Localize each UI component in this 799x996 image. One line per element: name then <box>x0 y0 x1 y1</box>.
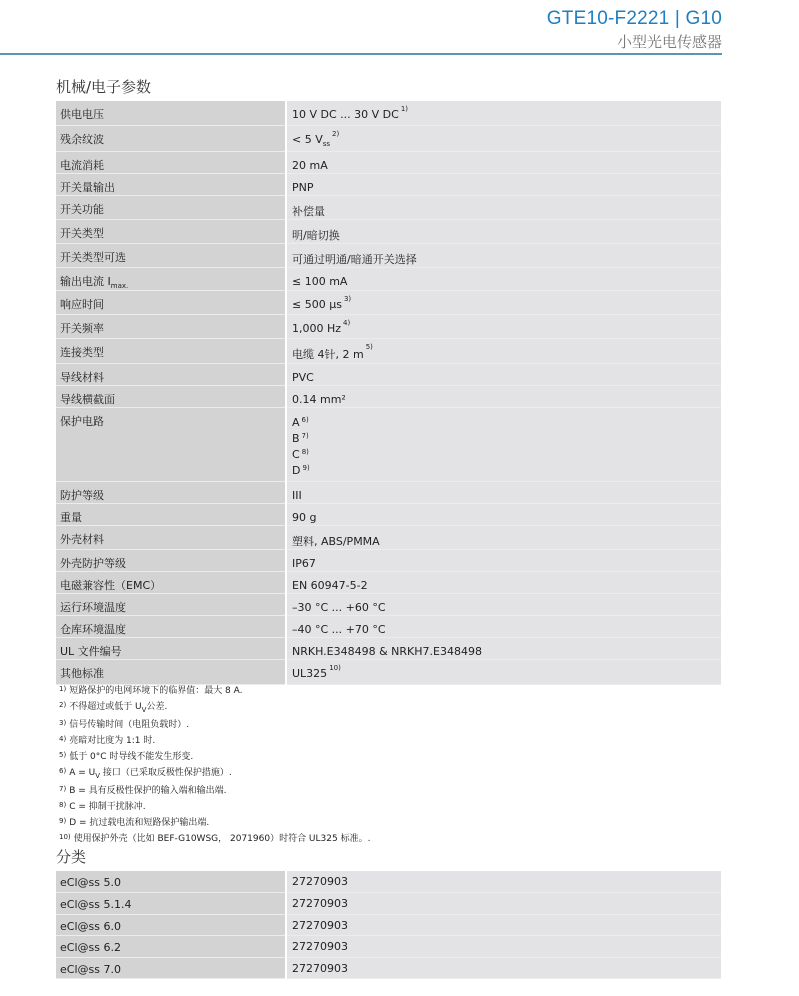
footnote-ref: 2) <box>332 130 339 138</box>
spec-row: 开关量输出PNP <box>56 173 721 195</box>
spec-row: 重量90 g <box>56 503 721 525</box>
spec-label-text: 开关类型可选 <box>60 251 126 264</box>
spec-row: 导线材料PVC <box>56 363 721 385</box>
footnote-text: B = 具有反极性保护的输入端和输出端. <box>69 786 226 796</box>
footnote-number: 10) <box>59 833 71 841</box>
protection-item: C8) <box>292 447 717 463</box>
spec-row: 仓库环境温度–40 °C ... +70 °C <box>56 615 721 637</box>
classification-value-text: 27270903 <box>292 915 717 932</box>
footnote-number: 2) <box>59 701 66 709</box>
spec-label-text: 电磁兼容性（EMC） <box>60 579 161 592</box>
spec-value-text: NRKH.E348498 & NRKH7.E348498 <box>292 645 482 658</box>
spec-label: 开关功能 <box>56 195 286 219</box>
spec-value-text: 塑料, ABS/PMMA <box>292 535 380 548</box>
spec-value-text: UL325 <box>292 667 327 680</box>
spec-value: 电缆 4针, 2 m5) <box>286 338 721 363</box>
footnote: 4)亮暗对比度为 1:1 时. <box>59 734 370 750</box>
spec-label-text: 开关量输出 <box>60 181 115 194</box>
footnote-text: 使用保护外壳（比如 BEF-G10WSG， 2071960）时符合 UL325 … <box>74 834 371 844</box>
product-title: GTE10-F2221 | G10 <box>547 8 722 30</box>
spec-label: 开关频率 <box>56 314 286 338</box>
spec-label-text: UL 文件编号 <box>60 645 122 658</box>
footnote-text: 低于 0°C 时导线不能发生形变. <box>69 752 193 762</box>
spec-value-text: C <box>292 448 300 461</box>
spec-row: 开关频率1,000 Hz4) <box>56 314 721 338</box>
spec-row: 导线横截面0.14 mm² <box>56 385 721 407</box>
classification-label-text: eCl@ss 7.0 <box>60 958 281 976</box>
spec-value: PNP <box>286 173 721 195</box>
spec-row: 电磁兼容性（EMC）EN 60947-5-2 <box>56 571 721 593</box>
spec-row: 输出电流 Imax.≤ 100 mA <box>56 267 721 290</box>
spec-label: 重量 <box>56 503 286 525</box>
mechanical-spec-table: 供电电压10 V DC ... 30 V DC1)残余纹波< 5 Vss2)电流… <box>56 101 721 685</box>
spec-value-text: –30 °C ... +60 °C <box>292 601 386 614</box>
footnote-text: 公差. <box>146 702 167 712</box>
spec-row: 其他标准UL32510) <box>56 659 721 684</box>
spec-value: 0.14 mm² <box>286 385 721 407</box>
spec-value: 10 V DC ... 30 V DC1) <box>286 101 721 125</box>
section-title-classification: 分类 <box>56 846 86 867</box>
spec-row: 保护电路A6)B7)C8)D9) <box>56 407 721 481</box>
spec-value: < 5 Vss2) <box>286 125 721 151</box>
spec-value: 补偿量 <box>286 195 721 219</box>
spec-value: 明/暗切换 <box>286 219 721 243</box>
spec-value-text: D <box>292 464 300 477</box>
classification-label-text: eCl@ss 6.0 <box>60 915 281 933</box>
spec-label-text: 响应时间 <box>60 298 104 311</box>
spec-label-text: 输出电流 I <box>60 275 111 288</box>
footnote-ref: 3) <box>344 295 351 303</box>
footnote-ref: 8) <box>302 448 309 456</box>
classification-label: eCl@ss 6.0 <box>56 914 286 936</box>
classification-value: 27270903 <box>286 893 721 915</box>
spec-value-text: A <box>292 416 300 429</box>
classification-label-text: eCl@ss 6.2 <box>60 936 281 954</box>
spec-value-text: PVC <box>292 371 314 384</box>
spec-label: 连接类型 <box>56 338 286 363</box>
spec-label: 开关类型 <box>56 219 286 243</box>
spec-value: –30 °C ... +60 °C <box>286 593 721 615</box>
footnote: 3)信号传输时间（电阻负载时）. <box>59 718 370 734</box>
spec-value: NRKH.E348498 & NRKH7.E348498 <box>286 637 721 659</box>
footnote-number: 7) <box>59 785 66 793</box>
classification-label: eCl@ss 6.2 <box>56 936 286 958</box>
classification-row: eCl@ss 7.027270903 <box>56 957 721 979</box>
spec-label: 导线材料 <box>56 363 286 385</box>
classification-row: eCl@ss 5.027270903 <box>56 871 721 893</box>
spec-value-text: 0.14 mm² <box>292 393 346 406</box>
spec-value-text: 补偿量 <box>292 205 325 218</box>
spec-row: 残余纹波< 5 Vss2) <box>56 125 721 151</box>
spec-label-text: 电流消耗 <box>60 159 104 172</box>
classification-row: eCl@ss 6.227270903 <box>56 936 721 958</box>
spec-value: UL32510) <box>286 659 721 684</box>
footnote-text: 短路保护的电网环境下的临界值：最大 8 A. <box>69 686 242 696</box>
spec-label: 开关量输出 <box>56 173 286 195</box>
spec-value: A6)B7)C8)D9) <box>286 407 721 481</box>
classification-row: eCl@ss 6.027270903 <box>56 914 721 936</box>
spec-row: UL 文件编号NRKH.E348498 & NRKH7.E348498 <box>56 637 721 659</box>
footnote-number: 9) <box>59 817 66 825</box>
spec-label: 输出电流 Imax. <box>56 267 286 290</box>
spec-label: 响应时间 <box>56 290 286 314</box>
spec-label: 开关类型可选 <box>56 243 286 267</box>
spec-label-subscript: max. <box>111 282 128 290</box>
spec-value-text: ≤ 100 mA <box>292 275 347 288</box>
footnote-text: C = 抑制干扰脉冲. <box>69 802 145 812</box>
classification-value-text: 27270903 <box>292 871 717 888</box>
spec-value-text: 电缆 4针, 2 m <box>292 348 364 361</box>
protection-item: D9) <box>292 463 717 479</box>
spec-label-text: 开关功能 <box>60 203 104 216</box>
spec-value-text: 90 g <box>292 511 316 524</box>
footnote: 10)使用保护外壳（比如 BEF-G10WSG， 2071960）时符合 UL3… <box>59 832 370 848</box>
spec-label-text: 开关类型 <box>60 227 104 240</box>
spec-label: 外壳防护等级 <box>56 549 286 571</box>
spec-value: 可通过明通/暗通开关选择 <box>286 243 721 267</box>
footnote-text: 信号传输时间（电阻负载时）. <box>69 720 189 730</box>
classification-value-text: 27270903 <box>292 958 717 975</box>
spec-row: 开关类型可选可通过明通/暗通开关选择 <box>56 243 721 267</box>
spec-value: EN 60947-5-2 <box>286 571 721 593</box>
footnote-ref: 4) <box>343 319 350 327</box>
spec-value-text: III <box>292 489 302 502</box>
footnote: 9)D = 抗过载电流和短路保护输出端. <box>59 816 370 832</box>
spec-label-text: 运行环境温度 <box>60 601 126 614</box>
spec-label-text: 残余纹波 <box>60 133 104 146</box>
classification-value: 27270903 <box>286 914 721 936</box>
spec-label-text: 防护等级 <box>60 489 104 502</box>
spec-label-text: 外壳防护等级 <box>60 557 126 570</box>
footnote: 7)B = 具有反极性保护的输入端和输出端. <box>59 784 370 800</box>
spec-value: III <box>286 481 721 503</box>
footnote-text: 不得超过或低于 U <box>69 702 141 712</box>
classification-value: 27270903 <box>286 871 721 893</box>
spec-row: 运行环境温度–30 °C ... +60 °C <box>56 593 721 615</box>
spec-label-text: 保护电路 <box>60 415 104 428</box>
classification-label: eCl@ss 5.1.4 <box>56 893 286 915</box>
classification-value: 27270903 <box>286 957 721 979</box>
footnote-number: 1) <box>59 685 66 693</box>
spec-row: 开关功能补偿量 <box>56 195 721 219</box>
classification-value: 27270903 <box>286 936 721 958</box>
spec-label: 电流消耗 <box>56 151 286 173</box>
spec-value-text: 10 V DC ... 30 V DC <box>292 108 399 121</box>
spec-value: –40 °C ... +70 °C <box>286 615 721 637</box>
classification-label: eCl@ss 7.0 <box>56 957 286 979</box>
section-title-mechanical: 机械/电子参数 <box>56 76 151 97</box>
spec-value-text: 1,000 Hz <box>292 322 341 335</box>
footnote-text: 亮暗对比度为 1:1 时. <box>69 736 155 746</box>
classification-value-text: 27270903 <box>292 893 717 910</box>
spec-label-text: 其他标准 <box>60 667 104 680</box>
footnotes: 1)短路保护的电网环境下的临界值：最大 8 A.2)不得超过或低于 UV公差.3… <box>59 684 370 848</box>
footnote-ref: 5) <box>366 343 373 351</box>
footnote-ref: 1) <box>401 105 408 113</box>
footnote-number: 6) <box>59 767 66 775</box>
spec-label-text: 外壳材料 <box>60 533 104 546</box>
spec-row: 外壳材料塑料, ABS/PMMA <box>56 525 721 549</box>
spec-value-text: 明/暗切换 <box>292 229 340 242</box>
footnote: 2)不得超过或低于 UV公差. <box>59 700 370 719</box>
spec-label: 残余纹波 <box>56 125 286 151</box>
footnote: 8)C = 抑制干扰脉冲. <box>59 800 370 816</box>
spec-value-text: 可通过明通/暗通开关选择 <box>292 253 417 266</box>
footnote-ref: 10) <box>329 664 341 672</box>
spec-label-text: 仓库环境温度 <box>60 623 126 636</box>
spec-value-subscript: ss <box>323 140 330 148</box>
spec-value-text: 20 mA <box>292 159 328 172</box>
classification-table: eCl@ss 5.027270903eCl@ss 5.1.427270903eC… <box>56 871 721 979</box>
header-divider <box>0 53 722 55</box>
classification-label-text: eCl@ss 5.0 <box>60 871 281 889</box>
spec-row: 连接类型电缆 4针, 2 m5) <box>56 338 721 363</box>
spec-label-text: 重量 <box>60 511 82 524</box>
spec-value-text: IP67 <box>292 557 316 570</box>
spec-row: 外壳防护等级IP67 <box>56 549 721 571</box>
spec-label-text: 导线横截面 <box>60 393 115 406</box>
footnote: 5)低于 0°C 时导线不能发生形变. <box>59 750 370 766</box>
spec-value: 1,000 Hz4) <box>286 314 721 338</box>
spec-label: 保护电路 <box>56 407 286 481</box>
classification-value-text: 27270903 <box>292 936 717 953</box>
classification-label: eCl@ss 5.0 <box>56 871 286 893</box>
spec-row: 响应时间≤ 500 μs3) <box>56 290 721 314</box>
footnote-text: D = 抗过载电流和短路保护输出端. <box>69 818 209 828</box>
spec-value: PVC <box>286 363 721 385</box>
spec-value: ≤ 500 μs3) <box>286 290 721 314</box>
spec-value-text: ≤ 500 μs <box>292 298 342 311</box>
spec-label: UL 文件编号 <box>56 637 286 659</box>
classification-row: eCl@ss 5.1.427270903 <box>56 893 721 915</box>
footnote: 1)短路保护的电网环境下的临界值：最大 8 A. <box>59 684 370 700</box>
footnote-text: 接口（已采取反极性保护措施）. <box>100 768 232 778</box>
spec-value-text: PNP <box>292 181 314 194</box>
spec-value: ≤ 100 mA <box>286 267 721 290</box>
spec-value: 90 g <box>286 503 721 525</box>
protection-item: A6) <box>292 415 717 431</box>
product-subtitle: 小型光电传感器 <box>617 31 722 52</box>
footnote-ref: 6) <box>302 416 309 424</box>
footnote: 6)A = UV 接口（已采取反极性保护措施）. <box>59 766 370 785</box>
footnote-ref: 7) <box>302 432 309 440</box>
spec-value: 20 mA <box>286 151 721 173</box>
spec-label-text: 连接类型 <box>60 346 104 359</box>
spec-row: 开关类型明/暗切换 <box>56 219 721 243</box>
spec-label: 仓库环境温度 <box>56 615 286 637</box>
spec-label: 电磁兼容性（EMC） <box>56 571 286 593</box>
spec-label: 运行环境温度 <box>56 593 286 615</box>
footnote-text: A = U <box>69 768 95 778</box>
footnote-number: 8) <box>59 801 66 809</box>
protection-item: B7) <box>292 431 717 447</box>
spec-value: IP67 <box>286 549 721 571</box>
spec-value: 塑料, ABS/PMMA <box>286 525 721 549</box>
spec-row: 防护等级III <box>56 481 721 503</box>
spec-value-text: < 5 V <box>292 133 323 146</box>
spec-label-text: 开关频率 <box>60 322 104 335</box>
footnote-number: 3) <box>59 719 66 727</box>
spec-label: 防护等级 <box>56 481 286 503</box>
spec-value-text: EN 60947-5-2 <box>292 579 368 592</box>
footnote-ref: 9) <box>302 464 309 472</box>
spec-label: 其他标准 <box>56 659 286 684</box>
spec-label-text: 导线材料 <box>60 371 104 384</box>
footnote-number: 5) <box>59 751 66 759</box>
spec-label: 外壳材料 <box>56 525 286 549</box>
footnote-number: 4) <box>59 735 66 743</box>
spec-label-text: 供电电压 <box>60 108 104 121</box>
spec-row: 电流消耗20 mA <box>56 151 721 173</box>
spec-row: 供电电压10 V DC ... 30 V DC1) <box>56 101 721 125</box>
classification-label-text: eCl@ss 5.1.4 <box>60 893 281 911</box>
spec-label: 供电电压 <box>56 101 286 125</box>
spec-label: 导线横截面 <box>56 385 286 407</box>
spec-value-text: B <box>292 432 300 445</box>
spec-value-text: –40 °C ... +70 °C <box>292 623 386 636</box>
